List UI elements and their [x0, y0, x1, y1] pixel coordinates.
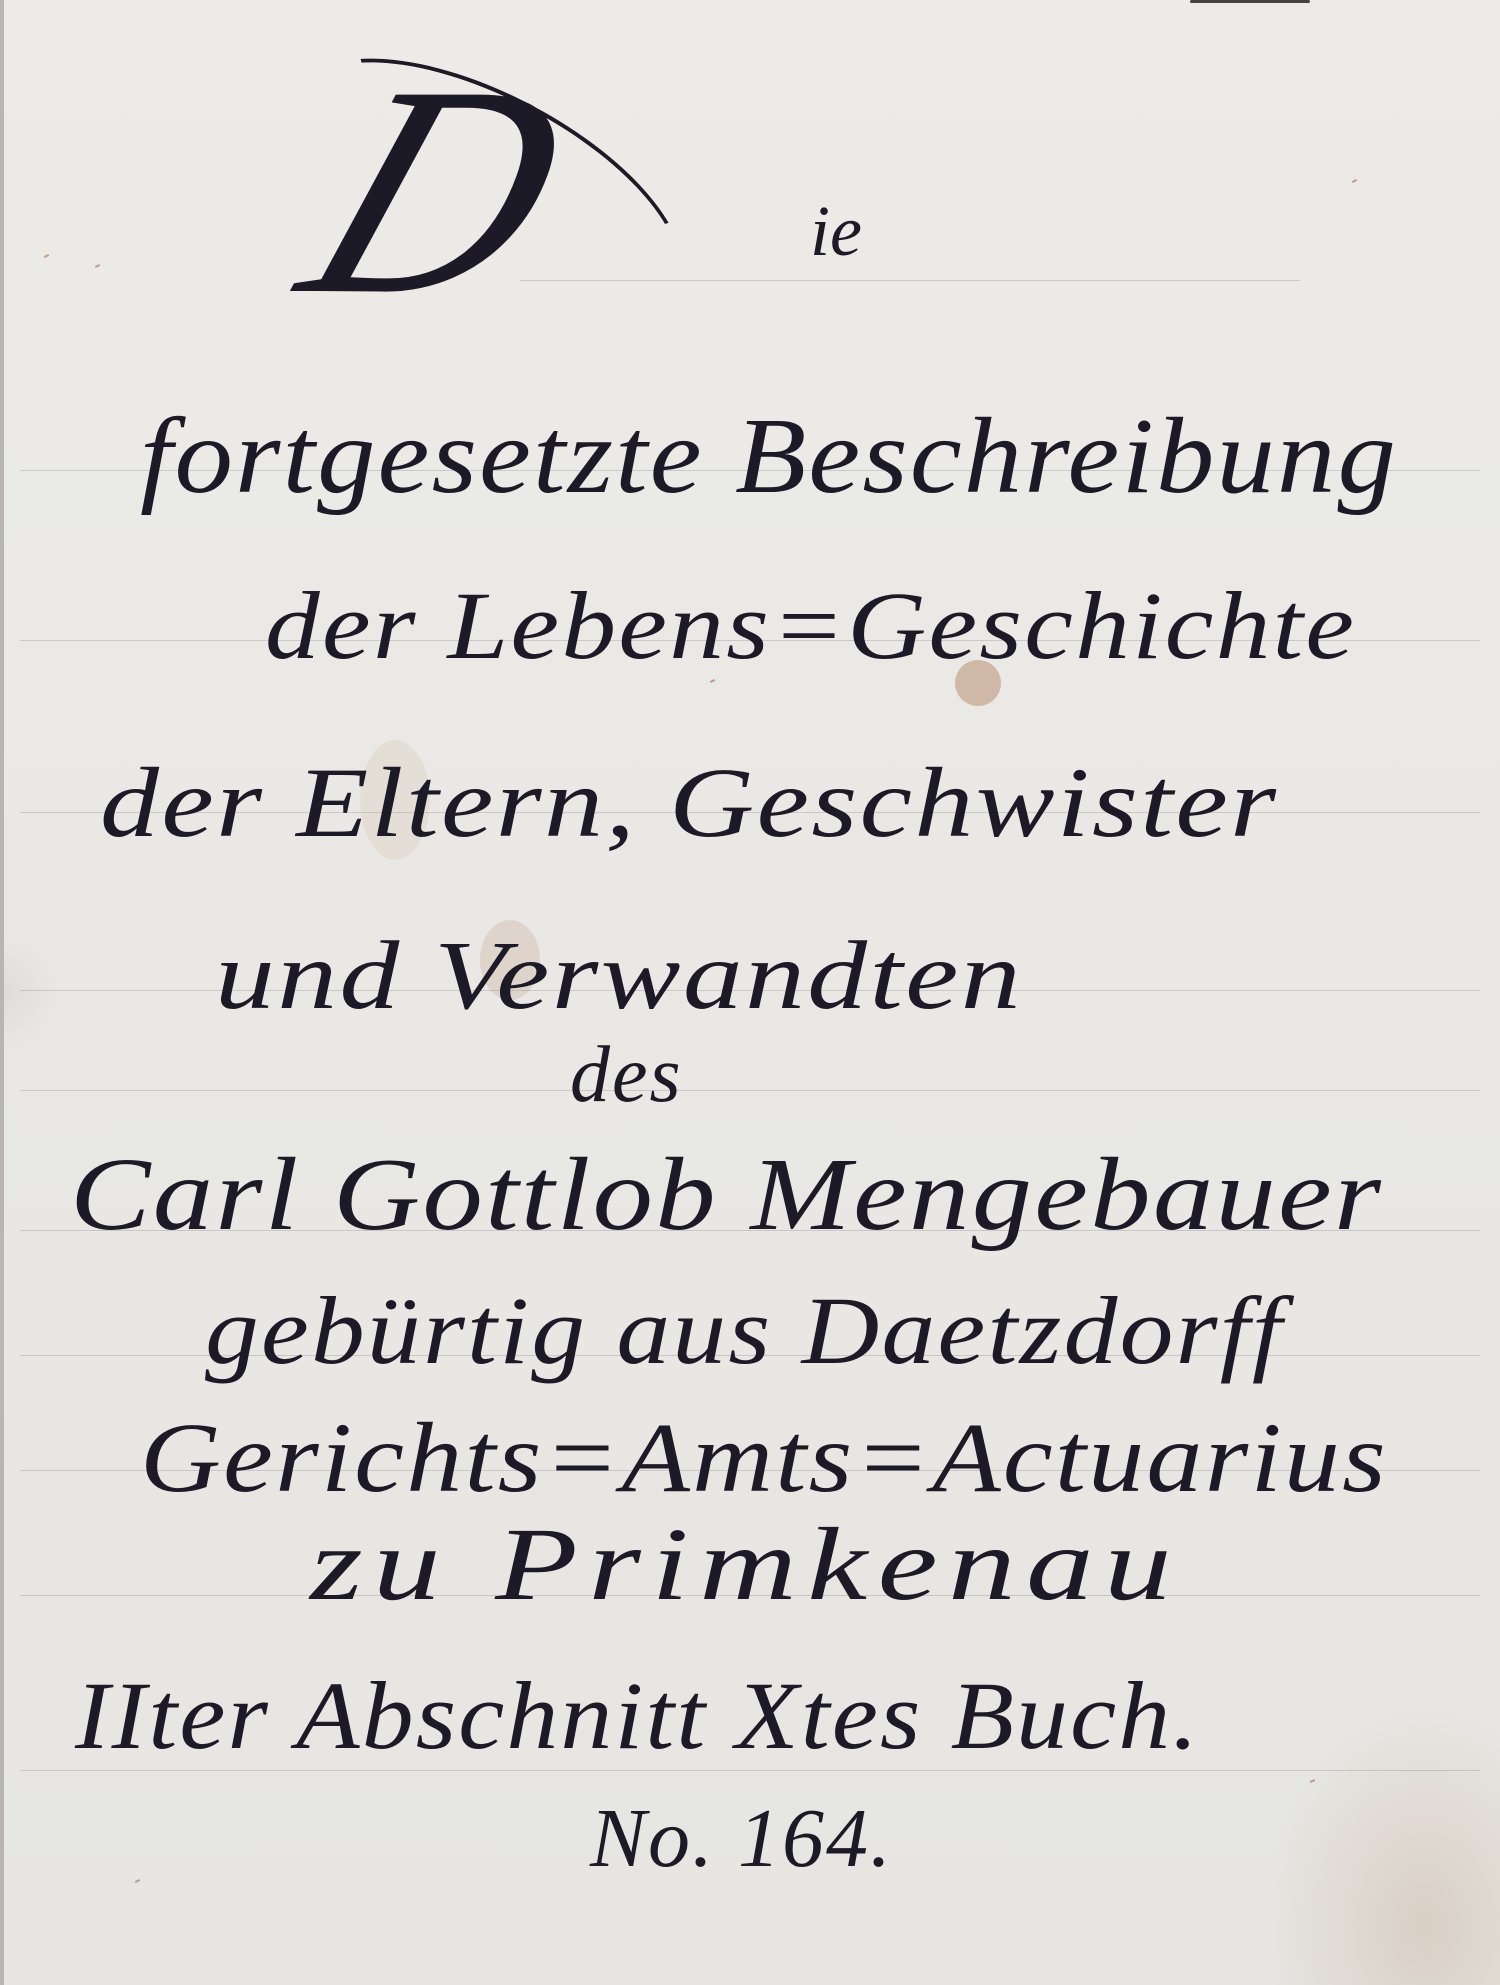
line-und-verwandten: und Verwandten [215, 920, 1023, 1032]
line-der-eltern-geschwister: der Eltern, Geschwister [100, 745, 1278, 860]
line-zu-primkenau: zu Primkenau [310, 1505, 1182, 1624]
page-left-edge [0, 0, 4, 1985]
paper-fleck [44, 254, 49, 258]
line-name-carl-gottlob-mengebauer: Carl Gottlob Mengebauer [70, 1135, 1383, 1254]
manuscript-page: D ie fortgesetzte Beschreibung der Leben… [0, 0, 1500, 1985]
paper-fleck [1352, 179, 1357, 183]
line-number: No. 164. [590, 1790, 893, 1887]
title-rest: ie [810, 190, 862, 273]
line-der-lebens-geschichte: der Lebens=Geschichte [265, 570, 1356, 681]
paper-fleck [1310, 1779, 1315, 1783]
line-fortgesetzte-beschreibung: fortgesetzte Beschreibung [140, 395, 1398, 519]
line-abschnitt-buch: IIter Abschnitt Xtes Buch. [75, 1660, 1200, 1771]
line-gebuertig-aus-daetzdorff: gebürtig aus Daetzdorff [205, 1275, 1284, 1386]
ruled-line [20, 1090, 1480, 1091]
line-gerichts-amts-actuarius: Gerichts=Amts=Actuarius [140, 1400, 1388, 1515]
line-des: des [570, 1030, 683, 1121]
paper-fleck [95, 264, 100, 268]
paper-fleck [135, 1879, 140, 1883]
page-top-edge-mark [1190, 0, 1310, 3]
